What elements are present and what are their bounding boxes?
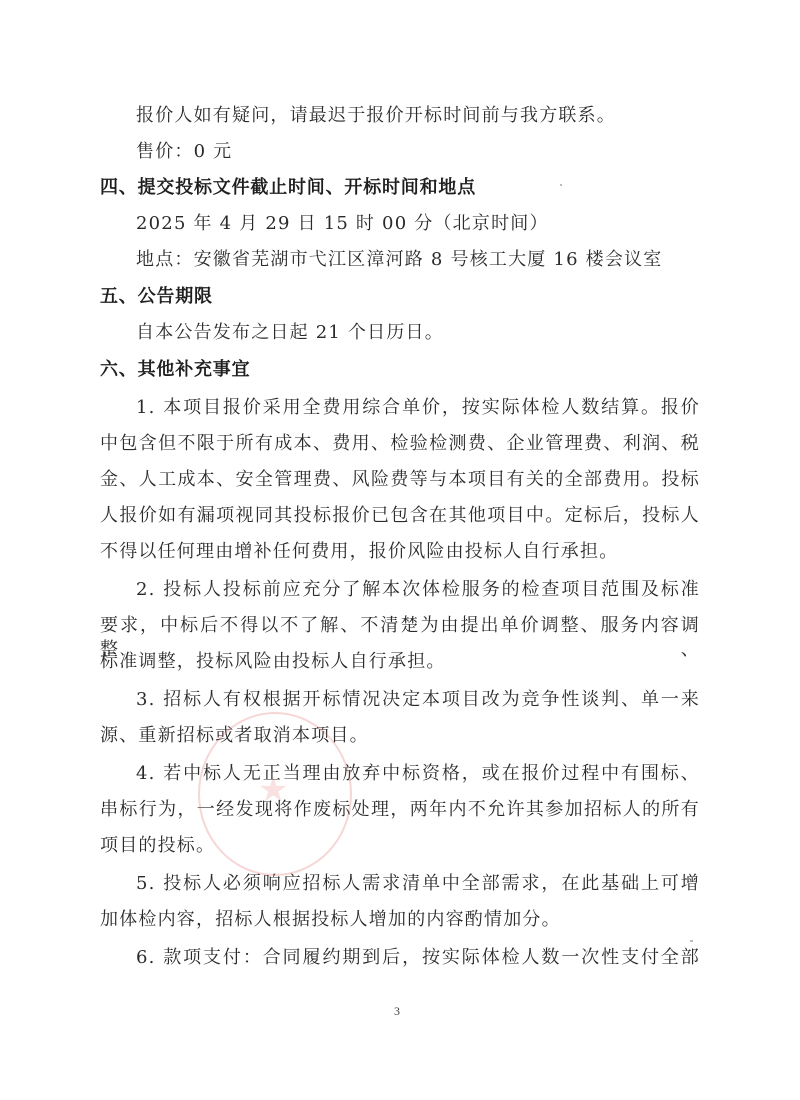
scan-speck (560, 184, 562, 186)
price-line: 售价：0 元 (136, 140, 736, 164)
item1-line5: 不得以任何理由增补任何费用，报价风险由投标人自行承担。 (100, 540, 700, 564)
scan-speck (690, 940, 693, 942)
item4-line3: 项目的投标。 (100, 834, 700, 858)
section4-heading: 四、提交投标文件截止时间、开标时间和地点 (100, 176, 700, 200)
item1-line4: 人报价如有漏项视同其投标报价已包含在其他项目中。定标后，投标人 (100, 504, 700, 528)
intro-line: 报价人如有疑问，请最迟于报价开标时间前与我方联系。 (136, 104, 736, 128)
item5-line1: 5. 投标人必须响应招标人需求清单中全部需求，在此基础上可增 (136, 872, 700, 896)
section6-heading: 六、其他补充事宜 (100, 358, 700, 382)
item1-line2: 中包含但不限于所有成本、费用、检验检测费、企业管理费、利润、税 (100, 432, 700, 456)
item4-line2: 串标行为，一经发现将作废标处理，两年内不允许其参加招标人的所有 (100, 798, 700, 822)
item3-line2: 源、重新招标或者取消本项目。 (100, 724, 700, 748)
page-number: 3 (394, 1004, 400, 1019)
section4-location: 地点：安徽省芜湖市弋江区漳河路 8 号核工大厦 16 楼会议室 (136, 248, 736, 272)
item3-line1: 3. 招标人有权根据开标情况决定本项目改为竞争性谈判、单一来 (136, 688, 700, 712)
item1-line3: 金、人工成本、安全管理费、风险费等与本项目有关的全部费用。投标 (100, 468, 700, 492)
item2-line3: 标准调整，投标风险由投标人自行承担。 (100, 650, 700, 674)
item6-line1: 6. 款项支付：合同履约期到后，按实际体检人数一次性支付全部 (136, 946, 700, 970)
document-page: 报价人如有疑问，请最迟于报价开标时间前与我方联系。 售价：0 元 四、提交投标文… (0, 0, 800, 1100)
item1-line1: 1. 本项目报价采用全费用综合单价，按实际体检人数结算。报价 (136, 396, 700, 420)
section4-datetime: 2025 年 4 月 29 日 15 时 00 分（北京时间） (136, 212, 736, 236)
section5-heading: 五、公告期限 (100, 285, 700, 309)
section5-body: 自本公告发布之日起 21 个日历日。 (136, 321, 736, 345)
item5-line2: 加体检内容，招标人根据投标人增加的内容酌情加分。 (100, 908, 700, 932)
item4-line1: 4. 若中标人无正当理由放弃中标资格，或在报价过程中有围标、 (136, 762, 700, 786)
item2-line1: 2. 投标人投标前应充分了解本次体检服务的检查项目范围及标准 (136, 578, 700, 602)
